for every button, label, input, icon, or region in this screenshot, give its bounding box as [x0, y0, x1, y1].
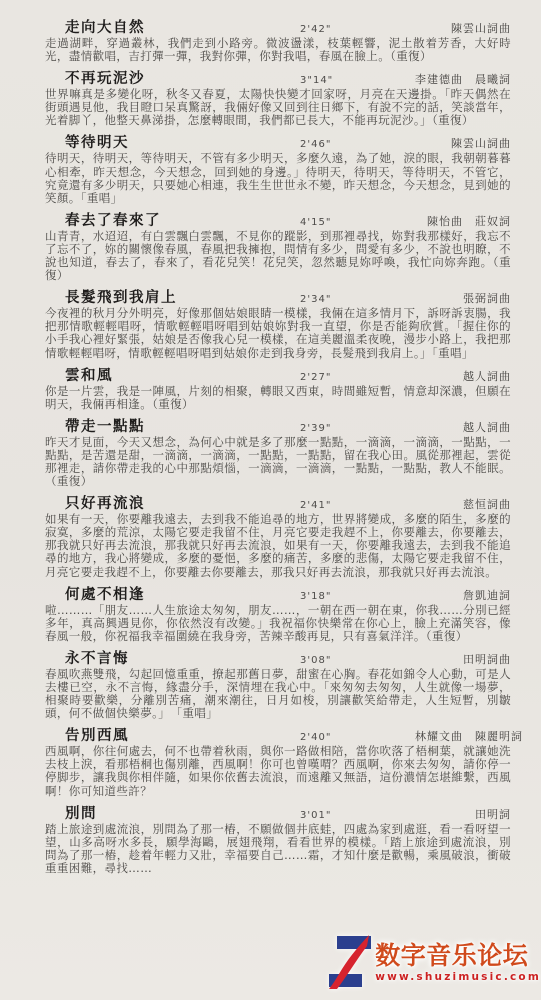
song-header: 別問 3'01" 田明詞	[45, 806, 511, 822]
song-title: 別問	[45, 806, 300, 822]
watermark-site-name: 数字音乐论坛	[375, 942, 528, 969]
song-lyrics: 啦………「朋友……人生旅途太匆匆，朋友……，一朝在西一朝在東，你我……分別已經多…	[45, 604, 511, 643]
song-header: 走向大自然 2'42" 陳雲山詞曲	[45, 20, 511, 36]
song-duration: 2'42"	[300, 24, 415, 35]
song-title: 走向大自然	[45, 20, 300, 36]
song-entry: 何處不相逢 3'18" 詹凱迪詞 啦………「朋友……人生旅途太匆匆，朋友……，一…	[45, 587, 511, 643]
song-title: 不再玩泥沙	[45, 71, 300, 87]
song-lyrics: 你是一片雲，我是一陣風，片刻的相聚，轉眼又西東，時間雖短暫，情意却深濃，但願在明…	[45, 385, 511, 411]
song-duration: 2'27"	[300, 372, 415, 383]
song-lyrics: 走過湖畔，穿過叢林，我們走到小路旁。微波盪漾，枝葉輕響，泥土散着芳香，大好時光，…	[45, 37, 511, 63]
song-list: 走向大自然 2'42" 陳雲山詞曲 走過湖畔，穿過叢林，我們走到小路旁。微波盪漾…	[45, 20, 511, 875]
song-entry: 春去了春來了 4'15" 陳怡曲 莊奴詞 山青青，水迢迢，有白雲飄白雲飄，不見你…	[45, 213, 511, 282]
watermark-site-url: www.shuzimusic.com	[375, 971, 541, 983]
song-title: 春去了春來了	[45, 213, 300, 229]
song-entry: 不再玩泥沙 3"14" 李建德曲 晨曦詞 世界嘛真是多變化呀，秋冬又春夏，太陽快…	[45, 71, 511, 127]
song-entry: 等待明天 2'46" 陳雲山詞曲 待明天，待明天，等待明天，不管有多少明天，多麼…	[45, 135, 511, 204]
song-lyrics: 如果有一天，你要離我遠去，去到我不能追尋的地方，世界將變成，多麼的陌生，多麼的寂…	[45, 513, 511, 578]
song-lyrics: 踏上旅途到處流浪，別問為了那一樁，不願做個井底蛙，四處為家到處逛，看一看呀望一望…	[45, 823, 511, 875]
song-title: 永不言悔	[45, 651, 300, 667]
song-duration: 3'01"	[300, 810, 415, 821]
song-duration: 2'41"	[300, 500, 415, 511]
song-entry: 告別西風 2'40" 林耀文曲 陳麗明詞 西風啊，你往何處去，何不也帶着秋雨，與…	[45, 728, 511, 797]
song-lyrics: 春風吹燕雙飛，勾起回憶重重，撩起那舊日夢，甜蜜在心胸。春花如錦令人心動，可是人去…	[45, 668, 511, 720]
song-entry: 雲和風 2'27" 越人詞曲 你是一片雲，我是一陣風，片刻的相聚，轉眼又西東，時…	[45, 368, 511, 411]
song-entry: 走向大自然 2'42" 陳雲山詞曲 走過湖畔，穿過叢林，我們走到小路旁。微波盪漾…	[45, 20, 511, 63]
song-header: 等待明天 2'46" 陳雲山詞曲	[45, 135, 511, 151]
song-header: 春去了春來了 4'15" 陳怡曲 莊奴詞	[45, 213, 511, 229]
song-title: 何處不相逢	[45, 587, 300, 603]
song-lyrics: 世界嘛真是多變化呀，秋冬又春夏，太陽快快變才回家呀，月亮在天邊掛。「昨天偶然在街…	[45, 88, 511, 127]
song-credits: 李建德曲 晨曦詞	[415, 71, 511, 87]
lyric-sheet-page: 走向大自然 2'42" 陳雲山詞曲 走過湖畔，穿過叢林，我們走到小路旁。微波盪漾…	[0, 0, 541, 1000]
song-header: 只好再流浪 2'41" 慈恒詞曲	[45, 496, 511, 512]
song-lyrics: 山青青，水迢迢，有白雲飄白雲飄，不見你的蹤影，到那裡尋找，妳對我那樣好，我忘不了…	[45, 230, 511, 282]
song-entry: 長髮飛到我肩上 2'34" 張弼詞曲 今夜裡的秋月分外明亮，好像那個姑娘眼睛一模…	[45, 290, 511, 359]
song-duration: 3'08"	[300, 655, 415, 666]
shuzimusic-logo-icon	[327, 934, 373, 990]
song-credits: 越人詞曲	[415, 368, 511, 384]
song-title: 等待明天	[45, 135, 300, 151]
watermark-text: 数字音乐论坛 www.shuzimusic.com	[375, 942, 541, 983]
song-header: 何處不相逢 3'18" 詹凱迪詞	[45, 587, 511, 603]
song-lyrics: 待明天，待明天，等待明天，不管有多少明天，多麼久遠，為了她，淚的眼，我朝朝暮暮心…	[45, 152, 511, 204]
song-duration: 2'46"	[300, 139, 415, 150]
song-header: 帶走一點點 2'39" 越人詞曲	[45, 419, 511, 435]
song-credits: 田明詞曲	[415, 651, 511, 667]
song-lyrics: 今夜裡的秋月分外明亮，好像那個姑娘眼睛一模樣，我倆在這多情月下，訴呀訴衷腸，我把…	[45, 307, 511, 359]
song-credits: 林耀文曲 陳麗明詞	[415, 728, 523, 744]
song-credits: 張弼詞曲	[415, 290, 511, 306]
song-title: 只好再流浪	[45, 496, 300, 512]
song-credits: 陳怡曲 莊奴詞	[415, 213, 511, 229]
song-credits: 慈恒詞曲	[415, 496, 511, 512]
song-entry: 別問 3'01" 田明詞 踏上旅途到處流浪，別問為了那一樁，不願做個井底蛙，四處…	[45, 806, 511, 875]
song-title: 長髮飛到我肩上	[45, 290, 300, 306]
song-header: 永不言悔 3'08" 田明詞曲	[45, 651, 511, 667]
song-entry: 永不言悔 3'08" 田明詞曲 春風吹燕雙飛，勾起回憶重重，撩起那舊日夢，甜蜜在…	[45, 651, 511, 720]
song-title: 雲和風	[45, 368, 300, 384]
song-title: 告別西風	[45, 728, 300, 744]
song-header: 長髮飛到我肩上 2'34" 張弼詞曲	[45, 290, 511, 306]
song-duration: 4'15"	[300, 217, 415, 228]
song-entry: 帶走一點點 2'39" 越人詞曲 昨天才見面，今天又想念，為何心中就是多了那麼一…	[45, 419, 511, 488]
song-credits: 陳雲山詞曲	[415, 20, 511, 36]
song-duration: 2'34"	[300, 294, 415, 305]
song-duration: 2'39"	[300, 423, 415, 434]
song-header: 雲和風 2'27" 越人詞曲	[45, 368, 511, 384]
watermark: 数字音乐论坛 www.shuzimusic.com	[327, 934, 541, 990]
song-lyrics: 西風啊，你往何處去，何不也帶着秋雨，與你一路做相陪，當你吹落了梧桐葉，就讓她洗去…	[45, 745, 511, 797]
song-duration: 3"14"	[300, 75, 415, 86]
song-lyrics: 昨天才見面，今天又想念，為何心中就是多了那麼一點點，一滴滴，一滴滴，一點點，一點…	[45, 436, 511, 488]
song-credits: 詹凱迪詞	[415, 587, 511, 603]
song-credits: 陳雲山詞曲	[415, 135, 511, 151]
song-header: 告別西風 2'40" 林耀文曲 陳麗明詞	[45, 728, 511, 744]
song-credits: 越人詞曲	[415, 419, 511, 435]
song-entry: 只好再流浪 2'41" 慈恒詞曲 如果有一天，你要離我遠去，去到我不能追尋的地方…	[45, 496, 511, 578]
song-title: 帶走一點點	[45, 419, 300, 435]
song-duration: 3'18"	[300, 591, 415, 602]
song-credits: 田明詞	[415, 806, 511, 822]
song-header: 不再玩泥沙 3"14" 李建德曲 晨曦詞	[45, 71, 511, 87]
song-duration: 2'40"	[300, 732, 415, 743]
